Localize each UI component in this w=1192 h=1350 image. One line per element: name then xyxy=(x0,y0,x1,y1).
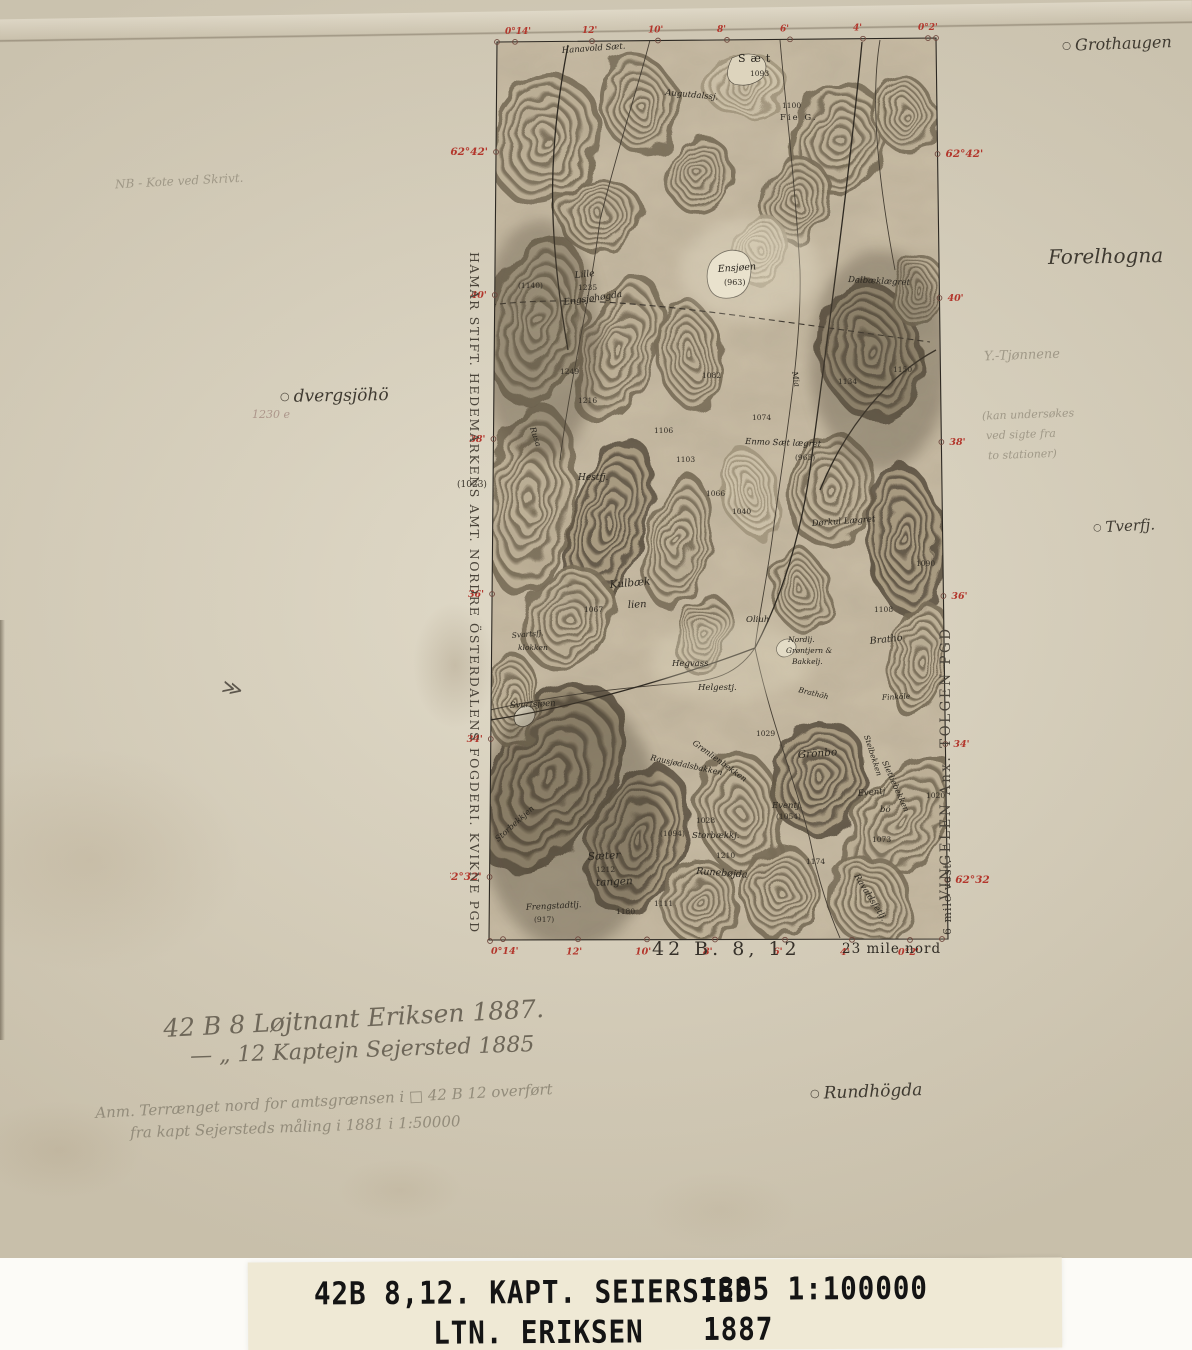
map-label: Sæt xyxy=(738,52,775,65)
spot-height: (1054) xyxy=(776,812,801,821)
graticule-label-right: 38' xyxy=(949,437,965,448)
map-label: Finköle xyxy=(881,691,911,702)
spot-height: 1090 xyxy=(916,559,935,568)
spot-height: (1094) xyxy=(660,829,685,838)
spot-height: 1212 xyxy=(596,865,615,874)
spot-height: 1029 xyxy=(756,729,775,738)
graticule-label-right: 62°42' xyxy=(946,148,984,160)
spot-height: 1066 xyxy=(706,489,725,498)
edge-text-left: HAMAR STIFT. HEDEMARKENS AMT. NORDRE ÖST… xyxy=(467,252,482,934)
spot-height: 1216 xyxy=(578,396,597,405)
graticule-label-right: 62°32' xyxy=(955,874,990,886)
topographic-map: Hanavold Sæt.Sæt1093Augutdalssj.1100Fie … xyxy=(450,20,990,960)
spot-height: 1210 xyxy=(716,851,735,860)
spot-height: 1093 xyxy=(750,69,769,78)
graticule-label-left: 62°42' xyxy=(450,146,488,158)
spot-height: 1134 xyxy=(838,377,857,386)
footer-strip: 42B 8,12. KAPT. SEIERSTED 1885 1:100000 … xyxy=(0,1258,1192,1350)
graticule-label-right: 40' xyxy=(947,293,963,304)
pencil-1230: 1230 e xyxy=(252,408,290,421)
spot-height: 1249 xyxy=(560,367,579,376)
label-row2-left: LTN. ERIKSEN xyxy=(433,1314,644,1350)
spot-height: 1067 xyxy=(584,605,603,614)
map-label: Storbækkj. xyxy=(692,831,740,841)
point-circle-icon: ○ xyxy=(1062,40,1071,52)
map-sheet: Hanavold Sæt.Sæt1093Augutdalssj.1100Fie … xyxy=(450,20,990,960)
graticule-label-bottom: 10' xyxy=(635,946,651,957)
graticule-label-top: 12' xyxy=(582,26,597,36)
graticule-label-top: 10' xyxy=(648,26,663,36)
annotation-dvergsjoho: ○dvergsjöhö xyxy=(280,385,389,407)
map-label: Grøntjern & xyxy=(786,646,832,655)
map-label: Sæter xyxy=(588,849,622,863)
spot-height: 1074 xyxy=(752,413,771,422)
map-label: lien xyxy=(628,599,647,611)
spot-height: 1082 xyxy=(702,371,721,380)
map-label: bö xyxy=(880,805,891,815)
map-label: tangen xyxy=(596,875,634,889)
graticule-label-bottom: 12' xyxy=(566,946,582,957)
graticule-label-right: 34' xyxy=(953,739,969,750)
spot-height: 1180 xyxy=(616,907,635,916)
map-label: Hestfj. xyxy=(577,473,609,483)
map-label: Hegvass xyxy=(671,659,709,669)
annotation-forelhogna: Forelhogna xyxy=(1048,243,1164,269)
spot-height: 1174 xyxy=(806,857,825,866)
spot-height: (917) xyxy=(534,915,554,924)
graticule-label-top: 0°14' xyxy=(505,27,531,37)
point-circle-icon: ○ xyxy=(1093,523,1102,534)
map-label: Bakkelj. xyxy=(791,657,823,666)
annotation-grothaugen: ○Grothaugen xyxy=(1062,32,1172,55)
map-label: Fie G. xyxy=(780,113,818,123)
label-row1-left: 42B 8,12. KAPT. SEIERSTED xyxy=(314,1273,753,1312)
sheet-caption: 42 B. 8, 12 xyxy=(652,938,801,960)
map-label: Helgestj. xyxy=(697,683,737,693)
edge-text-right-small: 6 mile vest. xyxy=(941,859,954,935)
graticule-label-top: 6' xyxy=(780,24,789,34)
graticule-label-top: 4' xyxy=(853,24,862,34)
scanned-map-page: { "colors": {"paper":"#d7d0bd","red":"#b… xyxy=(0,0,1192,1350)
spot-height: 1040 xyxy=(732,507,751,516)
label-row2-right: 1887 xyxy=(703,1311,773,1348)
map-label: Eventj. xyxy=(771,801,802,811)
point-circle-icon: ○ xyxy=(280,390,290,403)
spot-height: 1106 xyxy=(654,426,673,435)
spot-height: 1111 xyxy=(654,899,673,908)
graticule-label-right: 36' xyxy=(951,591,967,602)
pencil-note-right-1: Y.-Tjønnene xyxy=(984,347,1060,365)
map-label: Nordlj. xyxy=(787,635,815,644)
point-circle-icon: ○ xyxy=(810,1087,820,1100)
catalog-label: 42B 8,12. KAPT. SEIERSTED 1885 1:100000 … xyxy=(248,1258,1063,1350)
label-row1-right: 1885 1:100000 xyxy=(700,1270,928,1308)
graticule-label-top: 0°2' xyxy=(918,23,938,33)
spot-height: 1103 xyxy=(676,455,695,464)
paper-left-edge xyxy=(0,620,5,1040)
annotation-tverfj: ○Tverfj. xyxy=(1093,515,1156,536)
spot-height: 1100 xyxy=(782,101,801,110)
spot-height: 1235 xyxy=(578,283,597,292)
spot-height: (963) xyxy=(724,278,746,287)
spot-height: (965) xyxy=(795,453,815,462)
graticule-label-top: 8' xyxy=(717,25,726,35)
map-label: Oliuh xyxy=(746,615,769,625)
spot-height: (1140) xyxy=(518,281,543,290)
left-edge-ref: (1023) xyxy=(457,480,487,490)
spot-height: 1150 xyxy=(893,365,912,374)
spot-height: 1028 xyxy=(696,816,715,825)
annotation-rundhogda: ○Rundhögda xyxy=(810,1080,923,1104)
pencil-note-right-4: to stationer) xyxy=(988,447,1057,462)
spot-height: 1073 xyxy=(872,835,891,844)
map-label: klokken xyxy=(518,643,548,652)
pencil-note-right-3: ved sigte fra xyxy=(986,427,1056,442)
mile-nord-caption: 23 mile nord xyxy=(842,941,941,957)
graticule-label-bottom: 0°14' xyxy=(491,946,519,957)
spot-height: 1108 xyxy=(874,605,893,614)
